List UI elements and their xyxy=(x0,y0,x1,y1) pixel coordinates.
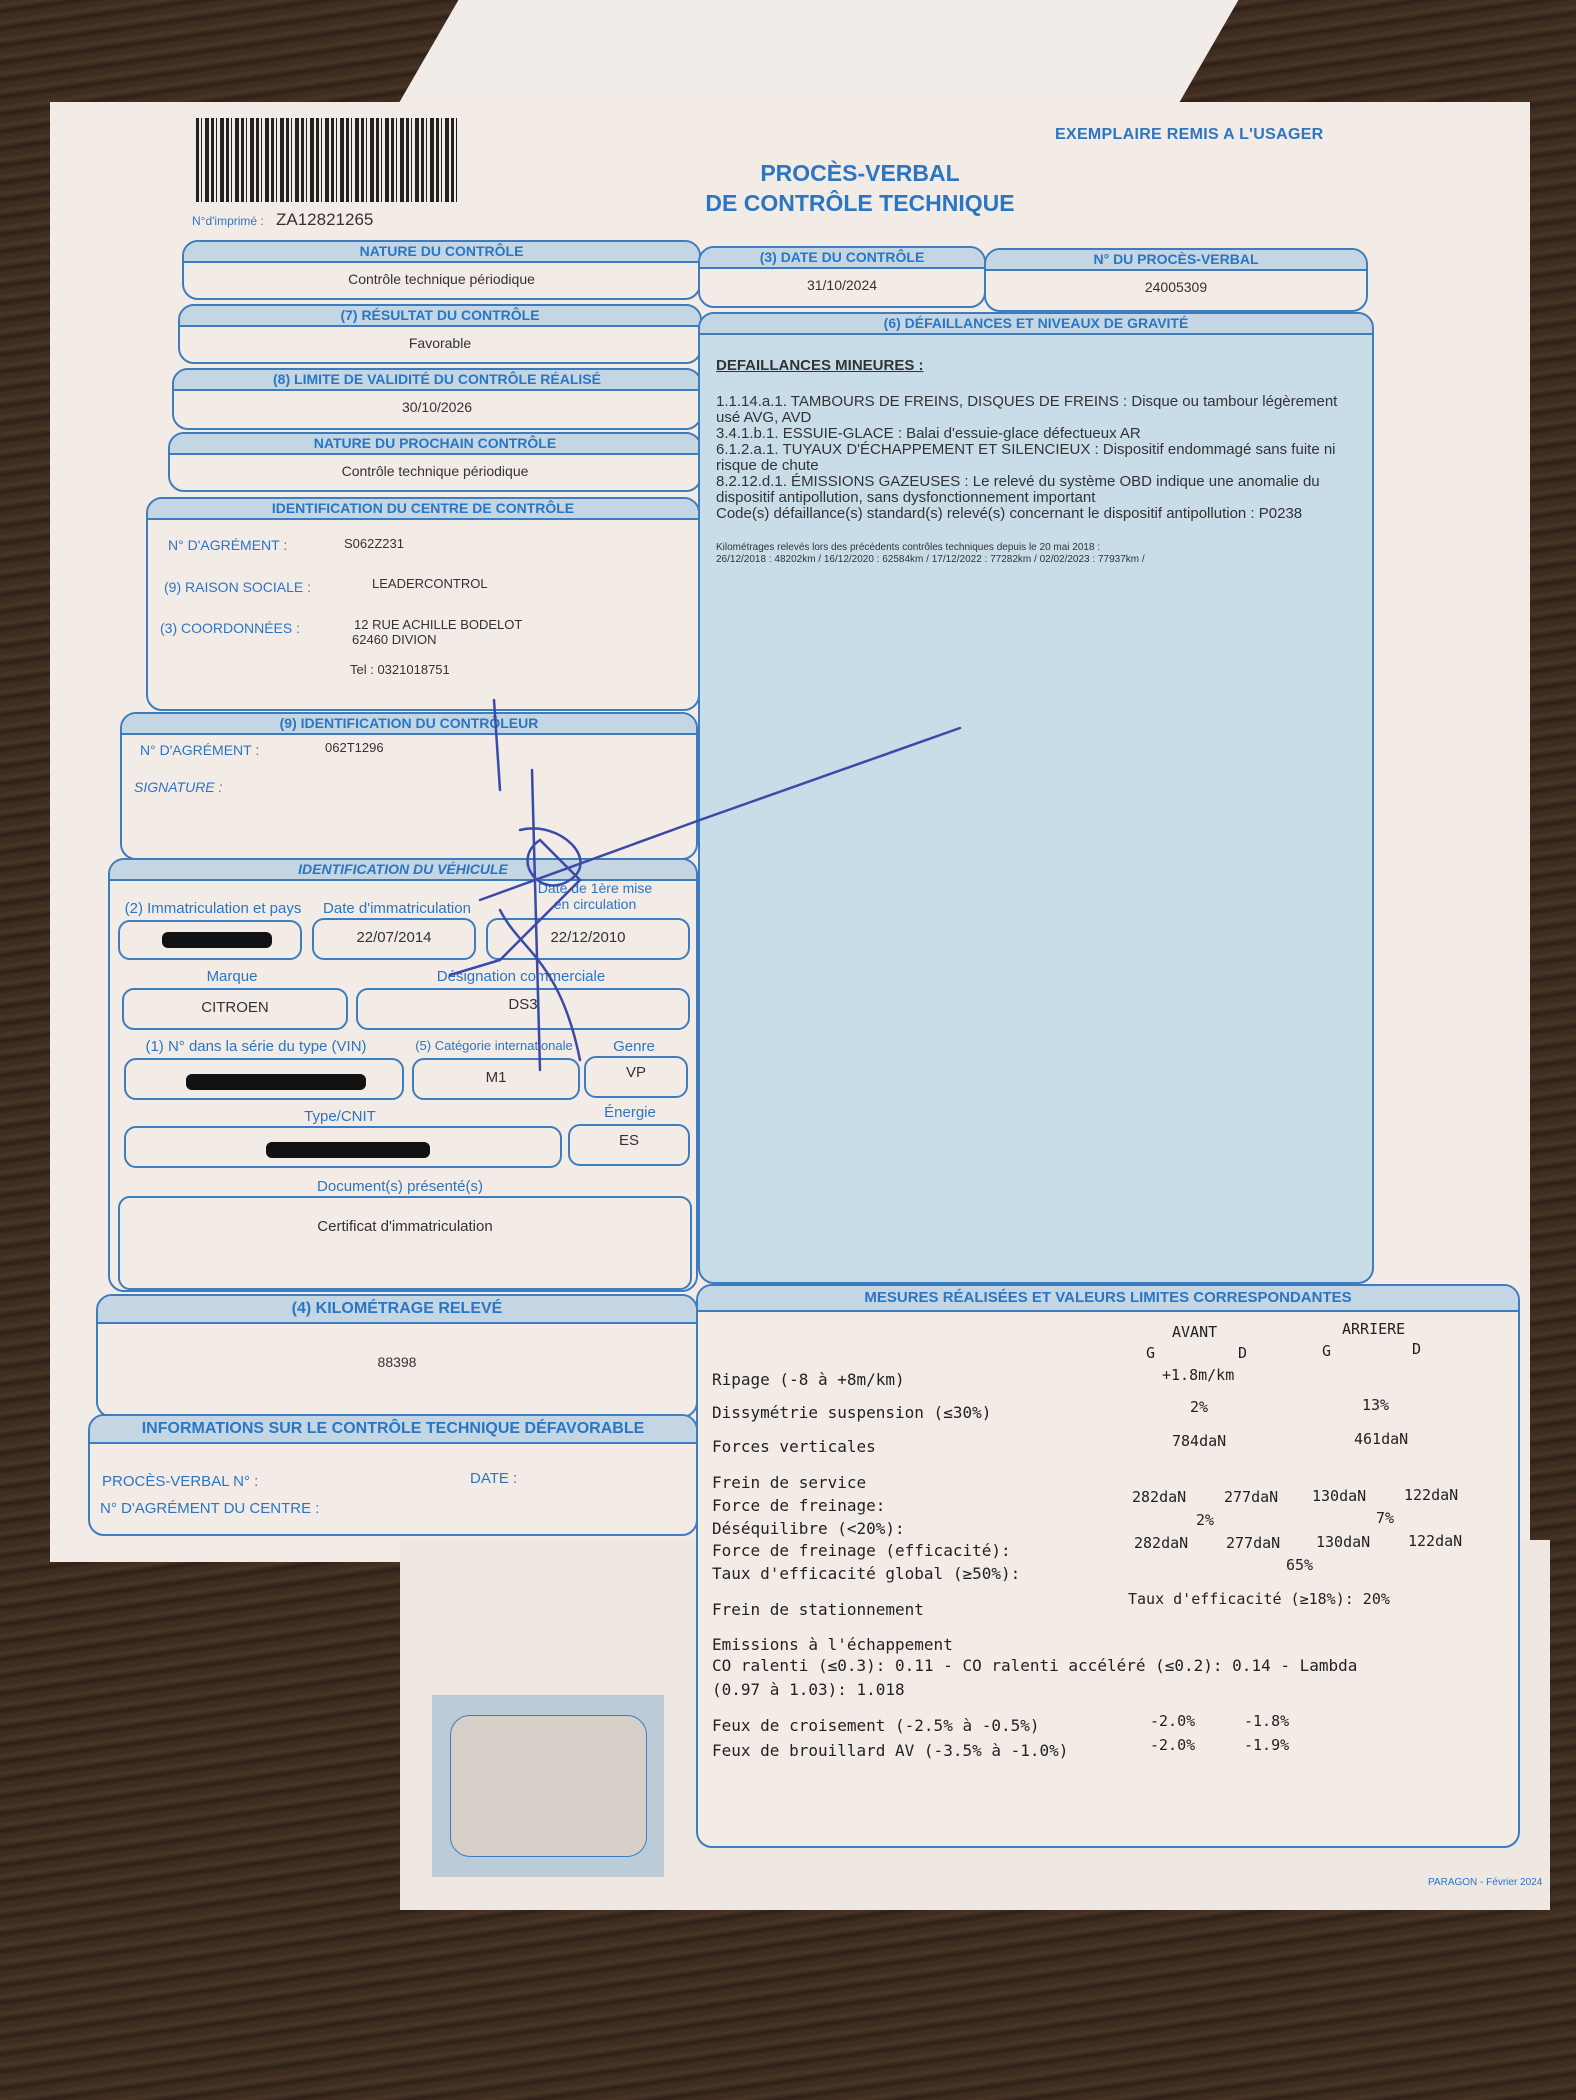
kilometrage-box: (4) KILOMÉTRAGE RELEVÉ 88398 xyxy=(96,1294,698,1418)
resultat-value: Favorable xyxy=(180,335,700,351)
section-header: (3) DATE DU CONTRÔLE xyxy=(700,248,984,269)
dissymetrie-label: Dissymétrie suspension (≤30%) xyxy=(712,1403,991,1422)
address-line-2: 62460 DIVION xyxy=(352,632,437,647)
kilometrage-value: 88398 xyxy=(98,1354,696,1370)
frein-stationnement-value: Taux d'efficacité (≥18%): 20% xyxy=(1128,1590,1390,1608)
label-line: Date de 1ère mise xyxy=(520,880,670,896)
categorie-value: M1 xyxy=(412,1058,580,1100)
raison-sociale-value: LEADERCONTROL xyxy=(372,576,488,591)
document-title: PROCÈS-VERBAL DE CONTRÔLE TECHNIQUE xyxy=(560,158,1160,218)
print-number: ZA12821265 xyxy=(276,210,373,230)
pv-number-value: 24005309 xyxy=(986,279,1366,295)
centre-agrement-label: N° D'AGRÉMENT : xyxy=(168,537,287,553)
col-avant-d: D xyxy=(1238,1344,1247,1362)
col-arriere-d: D xyxy=(1412,1340,1421,1358)
barcode xyxy=(196,118,458,202)
documents-label: Document(s) présenté(s) xyxy=(250,1178,550,1195)
type-cnit-label: Type/CNIT xyxy=(220,1108,460,1125)
force-efficacite-label: Force de freinage (efficacité): xyxy=(712,1541,1011,1560)
col-arriere-g: G xyxy=(1322,1342,1331,1360)
redaction-bar xyxy=(162,932,272,948)
feux-croisement-g: -2.0% xyxy=(1150,1712,1195,1730)
section-header: N° DU PROCÈS-VERBAL xyxy=(986,250,1366,271)
section-header: MESURES RÉALISÉES ET VALEURS LIMITES COR… xyxy=(698,1286,1518,1312)
feux-croisement-label: Feux de croisement (-2.5% à -0.5%) xyxy=(712,1716,1040,1735)
marque-value: CITROEN xyxy=(122,988,348,1030)
date-immatriculation-label: Date d'immatriculation xyxy=(312,900,482,917)
type-cnit-field xyxy=(124,1126,562,1168)
section-header: IDENTIFICATION DU VÉHICULE xyxy=(110,860,696,881)
force-efficacite-avd: 277daN xyxy=(1226,1534,1280,1552)
nature-controle-box: NATURE DU CONTRÔLE Contrôle technique pé… xyxy=(182,240,701,300)
section-header: (7) RÉSULTAT DU CONTRÔLE xyxy=(180,306,700,327)
force-efficacite-ard: 122daN xyxy=(1408,1532,1462,1550)
defaillance-item: 3.4.1.b.1. ESSUIE-GLACE : Balai d'essuie… xyxy=(716,426,1358,442)
energie-value: ES xyxy=(568,1124,690,1166)
taux-global-label: Taux d'efficacité global (≥50%): xyxy=(712,1564,1020,1583)
defaillance-item: 6.1.2.a.1. TUYAUX D'ÉCHAPPEMENT ET SILEN… xyxy=(716,442,1358,474)
copy-label: EXEMPLAIRE REMIS A L'USAGER xyxy=(1055,126,1324,144)
ripage-label: Ripage (-8 à +8m/km) xyxy=(712,1370,905,1389)
title-line-1: PROCÈS-VERBAL xyxy=(560,158,1160,188)
prochain-controle-value: Contrôle technique périodique xyxy=(170,463,700,479)
force-efficacite-arg: 130daN xyxy=(1316,1533,1370,1551)
taux-global-value: 65% xyxy=(1286,1556,1313,1574)
section-header: (4) KILOMÉTRAGE RELEVÉ xyxy=(98,1296,696,1324)
documents-field: Certificat d'immatriculation xyxy=(118,1196,692,1290)
validite-value: 30/10/2026 xyxy=(174,399,700,415)
defaillances-box: (6) DÉFAILLANCES ET NIVEAUX DE GRAVITÉ D… xyxy=(698,312,1374,1284)
defaillance-item: Code(s) défaillance(s) standard(s) relev… xyxy=(716,506,1358,522)
controleur-agrement-label: N° D'AGRÉMENT : xyxy=(140,742,259,758)
km-history: Kilométrages relevés lors des précédents… xyxy=(716,542,1358,566)
emissions-line-2: (0.97 à 1.03): 1.018 xyxy=(712,1680,905,1699)
validite-box: (8) LIMITE DE VALIDITÉ DU CONTRÔLE RÉALI… xyxy=(172,368,702,430)
centre-box: IDENTIFICATION DU CENTRE DE CONTRÔLE xyxy=(146,497,700,711)
print-number-label: N°d'imprimé : xyxy=(192,214,264,228)
vin-field xyxy=(124,1058,404,1100)
defavorable-agrement-label: N° D'AGRÉMENT DU CENTRE : xyxy=(100,1500,319,1517)
title-line-2: DE CONTRÔLE TECHNIQUE xyxy=(560,188,1160,218)
section-header: (6) DÉFAILLANCES ET NIVEAUX DE GRAVITÉ xyxy=(700,314,1372,335)
printer-mark: PARAGON - Février 2024 xyxy=(1428,1877,1542,1888)
feux-brouillard-label: Feux de brouillard AV (-3.5% à -1.0%) xyxy=(712,1741,1068,1760)
vin-label: (1) N° dans la série du type (VIN) xyxy=(126,1038,386,1055)
marque-label: Marque xyxy=(122,968,342,985)
dissymetrie-arriere: 13% xyxy=(1362,1396,1389,1414)
frein-service-label: Frein de service xyxy=(712,1473,866,1492)
col-arriere: ARRIERE xyxy=(1342,1320,1405,1338)
date-mise-circulation-value: 22/12/2010 xyxy=(486,918,690,960)
section-header: (9) IDENTIFICATION DU CONTRÔLEUR xyxy=(122,714,696,735)
desequilibre-avant: 2% xyxy=(1196,1511,1214,1529)
km-history-values: 26/12/2018 : 48202km / 16/12/2020 : 6258… xyxy=(716,554,1358,566)
address-line-1: 12 RUE ACHILLE BODELOT xyxy=(354,617,522,632)
defaillances-list: 1.1.14.a.1. TAMBOURS DE FREINS, DISQUES … xyxy=(716,394,1358,522)
defavorable-date-label: DATE : xyxy=(470,1470,517,1487)
centre-agrement-value: S062Z231 xyxy=(344,536,404,551)
documents-value: Certificat d'immatriculation xyxy=(120,1218,690,1235)
nature-controle-value: Contrôle technique périodique xyxy=(184,271,699,287)
immatriculation-field xyxy=(118,920,302,960)
designation-value: DS3 xyxy=(356,988,690,1030)
force-freinage-label: Force de freinage: xyxy=(712,1496,885,1515)
genre-label: Genre xyxy=(584,1038,684,1055)
coordonnees-label: (3) COORDONNÉES : xyxy=(160,620,300,636)
frein-stationnement-label: Frein de stationnement xyxy=(712,1600,924,1619)
section-header: IDENTIFICATION DU CENTRE DE CONTRÔLE xyxy=(148,499,698,520)
redaction-bar xyxy=(186,1074,366,1090)
date-controle-value: 31/10/2024 xyxy=(700,277,984,293)
section-header: INFORMATIONS SUR LE CONTRÔLE TECHNIQUE D… xyxy=(90,1416,696,1444)
date-controle-box: (3) DATE DU CONTRÔLE 31/10/2024 xyxy=(698,246,986,308)
col-avant-g: G xyxy=(1146,1344,1155,1362)
pv-number-box: N° DU PROCÈS-VERBAL 24005309 xyxy=(984,248,1368,312)
energie-label: Énergie xyxy=(580,1104,680,1121)
genre-value: VP xyxy=(584,1056,688,1098)
section-header: NATURE DU PROCHAIN CONTRÔLE xyxy=(170,434,700,455)
section-header: NATURE DU CONTRÔLE xyxy=(184,242,699,263)
force-efficacite-avg: 282daN xyxy=(1134,1534,1188,1552)
forces-verticales-avant: 784daN xyxy=(1172,1432,1226,1450)
label-line: en circulation xyxy=(520,896,670,912)
centre-phone: Tel : 0321018751 xyxy=(350,662,450,677)
defaillance-item: 8.2.12.d.1. ÉMISSIONS GAZEUSES : Le rele… xyxy=(716,474,1358,506)
section-header: (8) LIMITE DE VALIDITÉ DU CONTRÔLE RÉALI… xyxy=(174,370,700,391)
emissions-line-1: CO ralenti (≤0.3): 0.11 - CO ralenti acc… xyxy=(712,1656,1357,1675)
designation-label: Désignation commerciale xyxy=(356,968,686,985)
feux-brouillard-d: -1.9% xyxy=(1244,1736,1289,1754)
force-freinage-avg: 282daN xyxy=(1132,1488,1186,1506)
desequilibre-arriere: 7% xyxy=(1376,1509,1394,1527)
prochain-controle-box: NATURE DU PROCHAIN CONTRÔLE Contrôle tec… xyxy=(168,432,702,492)
force-freinage-ard: 122daN xyxy=(1404,1486,1458,1504)
defaillances-title: DEFAILLANCES MINEURES : xyxy=(716,357,1358,374)
date-mise-circulation-label: Date de 1ère mise en circulation xyxy=(520,880,670,912)
redaction-bar xyxy=(266,1142,430,1158)
force-freinage-arg: 130daN xyxy=(1312,1487,1366,1505)
date-immatriculation-value: 22/07/2014 xyxy=(312,918,476,960)
signature-label: SIGNATURE : xyxy=(134,779,222,795)
forces-verticales-label: Forces verticales xyxy=(712,1437,876,1456)
feux-croisement-d: -1.8% xyxy=(1244,1712,1289,1730)
force-freinage-avd: 277daN xyxy=(1224,1488,1278,1506)
envelope-window xyxy=(450,1715,647,1857)
emissions-label: Emissions à l'échappement xyxy=(712,1635,953,1654)
immatriculation-label: (2) Immatriculation et pays xyxy=(118,900,308,917)
controleur-agrement-value: 062T1296 xyxy=(325,740,384,755)
feux-brouillard-g: -2.0% xyxy=(1150,1736,1195,1754)
defaillance-item: 1.1.14.a.1. TAMBOURS DE FREINS, DISQUES … xyxy=(716,394,1358,426)
forces-verticales-arriere: 461daN xyxy=(1354,1430,1408,1448)
desequilibre-label: Déséquilibre (<20%): xyxy=(712,1519,905,1538)
dissymetrie-avant: 2% xyxy=(1190,1398,1208,1416)
ripage-value: +1.8m/km xyxy=(1162,1366,1234,1384)
raison-sociale-label: (9) RAISON SOCIALE : xyxy=(164,579,311,595)
resultat-box: (7) RÉSULTAT DU CONTRÔLE Favorable xyxy=(178,304,702,364)
defavorable-pv-label: PROCÈS-VERBAL N° : xyxy=(102,1473,258,1490)
categorie-label: (5) Catégorie internationale xyxy=(404,1038,584,1053)
col-avant: AVANT xyxy=(1172,1323,1217,1341)
km-history-title: Kilométrages relevés lors des précédents… xyxy=(716,542,1358,554)
